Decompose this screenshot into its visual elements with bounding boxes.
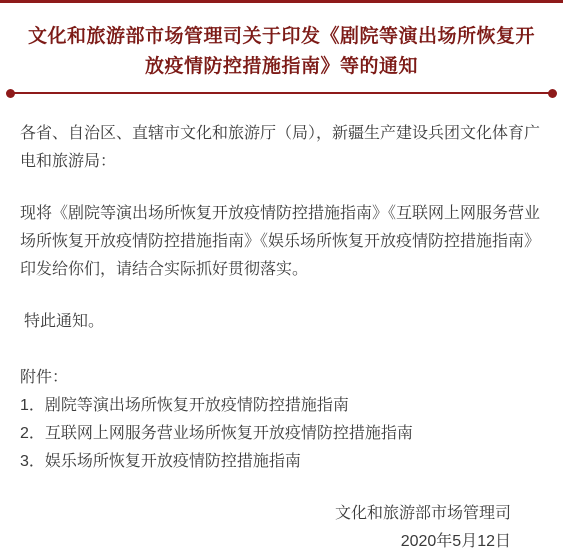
attachments-label: 附件：: [20, 364, 543, 392]
attachment-item: 1．剧院等演出场所恢复开放疫情防控措施指南: [20, 392, 543, 420]
body-paragraph: 现将《剧院等演出场所恢复开放疫情防控措施指南》《互联网上网服务营业场所恢复开放疫…: [20, 200, 543, 284]
attachments-section: 附件： 1．剧院等演出场所恢复开放疫情防控措施指南 2．互联网上网服务营业场所恢…: [20, 364, 543, 476]
signature-date: 2020年5月12日: [20, 528, 511, 554]
rule-dot-right: [548, 89, 557, 98]
signature-block: 文化和旅游部市场管理司 2020年5月12日: [20, 500, 511, 554]
closing-note: 特此通知。: [20, 308, 543, 336]
signature-issuer: 文化和旅游部市场管理司: [20, 500, 511, 528]
attachment-item: 3．娱乐场所恢复开放疫情防控措施指南: [20, 448, 543, 476]
attachment-item: 2．互联网上网服务营业场所恢复开放疫情防控措施指南: [20, 420, 543, 448]
salutation: 各省、自治区、直辖市文化和旅游厅（局），新疆生产建设兵团文化体育广电和旅游局：: [20, 120, 543, 176]
page-title: 文化和旅游部市场管理司关于印发《剧院等演出场所恢复开放疫情防控措施指南》等的通知: [24, 22, 540, 82]
notice-page: 文化和旅游部市场管理司关于印发《剧院等演出场所恢复开放疫情防控措施指南》等的通知…: [0, 0, 563, 554]
rule-line: [13, 92, 550, 94]
top-border-rule: [0, 0, 563, 3]
notice-body: 各省、自治区、直辖市文化和旅游厅（局），新疆生产建设兵团文化体育广电和旅游局： …: [0, 120, 563, 554]
separator-rule: [6, 88, 557, 98]
